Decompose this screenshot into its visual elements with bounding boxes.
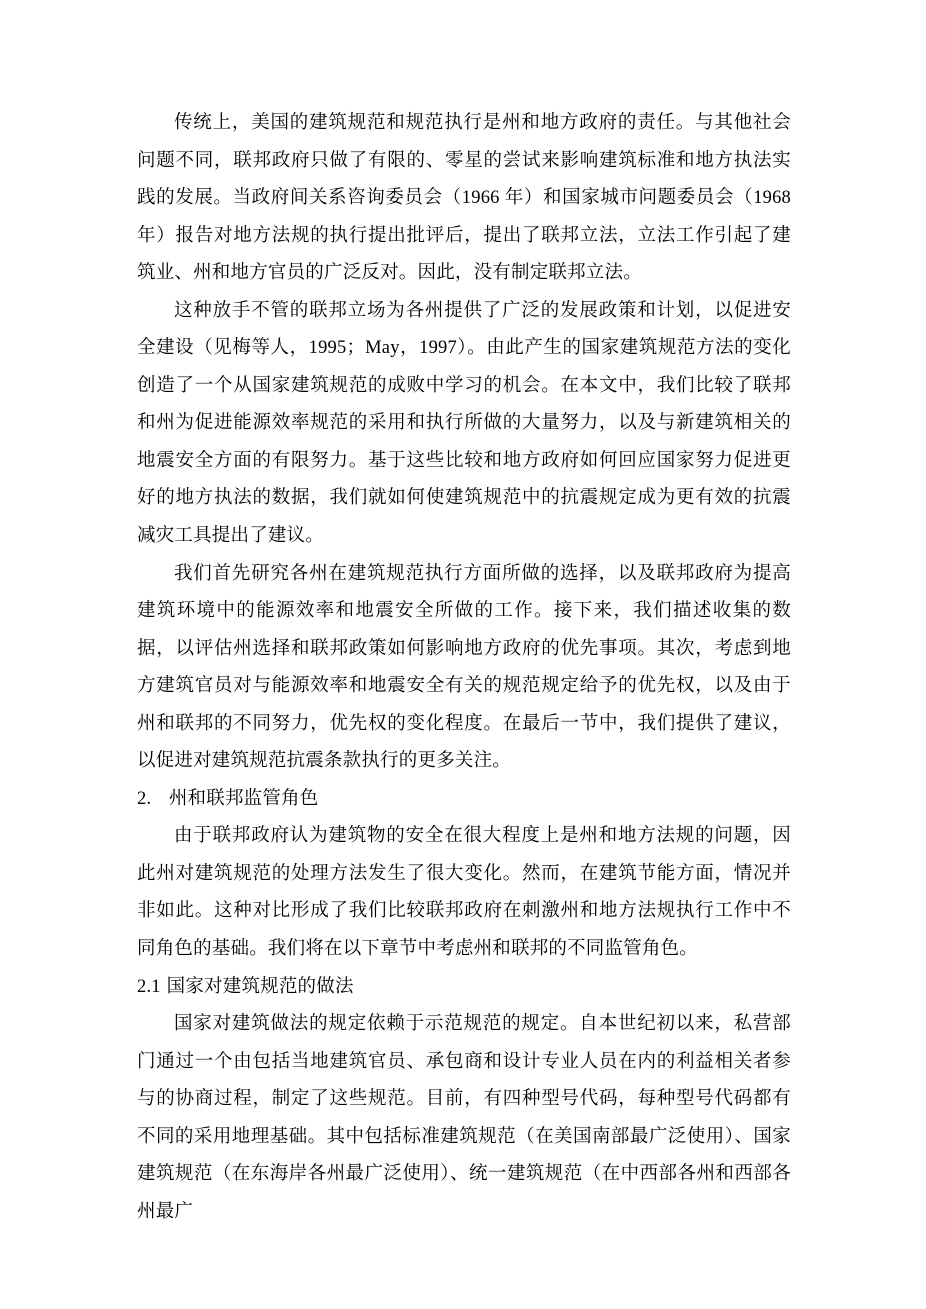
section-heading-2-1: 2.1国家对建筑规范的做法: [137, 969, 791, 1007]
section-title: 州和联邦监管角色: [169, 789, 319, 809]
subsection-title: 国家对建筑规范的做法: [167, 977, 354, 997]
paragraph-study-outline: 我们首先研究各州在建筑规范执行方面所做的选择，以及联邦政府为提高建筑环境中的能源…: [137, 556, 791, 781]
section-number: 2.: [137, 781, 151, 819]
section-heading-2: 2.州和联邦监管角色: [137, 781, 791, 819]
paragraph-intro-federal-role: 传统上，美国的建筑规范和规范执行是州和地方政府的责任。与其他社会问题不同，联邦政…: [137, 105, 791, 293]
paragraph-model-codes: 国家对建筑做法的规定依赖于示范规范的规定。自本世纪初以来，私营部门通过一个由包括…: [137, 1006, 791, 1231]
document-content: 传统上，美国的建筑规范和规范执行是州和地方政府的责任。与其他社会问题不同，联邦政…: [137, 105, 791, 1231]
subsection-number: 2.1: [137, 969, 161, 1007]
paragraph-hands-off-stance: 这种放手不管的联邦立场为各州提供了广泛的发展政策和计划，以促进安全建设（见梅等人…: [137, 293, 791, 556]
document-page: 传统上，美国的建筑规范和规范执行是州和地方政府的责任。与其他社会问题不同，联邦政…: [0, 0, 926, 1309]
paragraph-state-federal-contrast: 由于联邦政府认为建筑物的安全在很大程度上是州和地方法规的问题，因此州对建筑规范的…: [137, 818, 791, 968]
